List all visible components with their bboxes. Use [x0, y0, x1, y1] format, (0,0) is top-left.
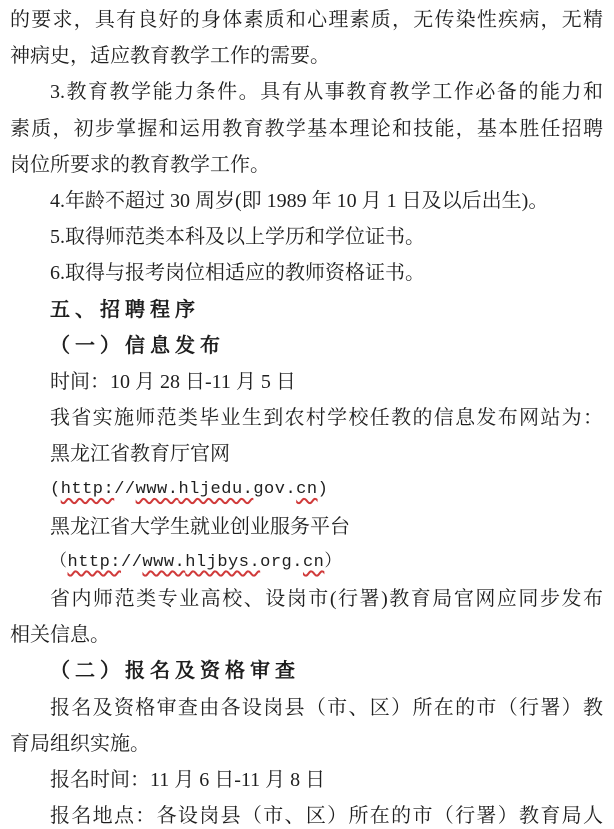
paragraph-line: 岗位所要求的教育教学工作。 [10, 147, 603, 183]
list-item-degree-requirement: 5.取得师范类本科及以上学历和学位证书。 [10, 219, 603, 255]
url-segment: www. [136, 480, 179, 499]
list-item-teacher-certificate: 6.取得与报考岗位相适应的教师资格证书。 [10, 255, 603, 291]
list-item-age-limit: 4.年龄不超过 30 周岁(即 1989 年 10 月 1 日及以后出生)。 [10, 183, 603, 219]
website-name-employment-platform: 黑龙江省大学生就业创业服务平台 [10, 509, 603, 545]
url-segment: cn [303, 553, 324, 572]
paragraph-line: 相关信息。 [10, 617, 603, 653]
list-item-teaching-ability: 3.教育教学能力条件。具有从事教育教学工作必备的能力和 [10, 74, 603, 110]
paragraph-line: 育局组织实施。 [10, 726, 603, 762]
paragraph-line: 神病史，适应教育教学工作的需要。 [10, 38, 603, 74]
url-segment: （ [50, 553, 68, 572]
paragraph-line: 的要求，具有良好的身体素质和心理素质，无传染性疾病，无精 [10, 2, 603, 38]
url-segment: ( [50, 480, 61, 499]
info-release-time: 时间：10 月 28 日-11 月 5 日 [10, 364, 603, 400]
website-name-education-department: 黑龙江省教育厅官网 [10, 436, 603, 472]
paragraph-line: 我省实施师范类毕业生到农村学校任教的信息发布网站为： [10, 400, 603, 436]
registration-time: 报名时间：11 月 6 日-11 月 8 日 [10, 762, 603, 798]
paragraph-line: 省内师范类专业高校、设岗市(行署)教育局官网应同步发布 [10, 581, 603, 617]
subsection-heading-registration-review: （二）报名及资格审查 [10, 653, 603, 689]
document-page: 的要求，具有良好的身体素质和心理素质，无传染性疾病，无精 神病史，适应教育教学工… [0, 0, 614, 829]
url-segment: // [114, 480, 135, 499]
url-segment: gov. [253, 480, 296, 499]
url-segment: ） [324, 553, 342, 572]
registration-location: 报名地点：各设岗县（市、区）所在的市（行署）教育局人 [10, 798, 603, 829]
url-segment: hljbys. [185, 553, 260, 572]
website-url-hljbys: （http://www.hljbys.org.cn） [10, 545, 603, 581]
url-segment: http: [68, 553, 122, 572]
paragraph-line: 素质，初步掌握和运用教育教学基本理论和技能，基本胜任招聘 [10, 111, 603, 147]
url-segment: ) [318, 480, 329, 499]
url-segment: cn [296, 480, 317, 499]
paragraph-line: 报名及资格审查由各设岗县（市、区）所在的市（行署）教 [10, 690, 603, 726]
subsection-heading-information-release: （一）信息发布 [10, 328, 603, 364]
url-segment: org. [260, 553, 303, 572]
url-segment: http: [61, 480, 115, 499]
website-url-hljedu: (http://www.hljedu.gov.cn) [10, 472, 603, 508]
url-segment: www. [142, 553, 185, 572]
section-heading-recruitment-procedure: 五、招聘程序 [10, 292, 603, 328]
url-segment: // [121, 553, 142, 572]
url-segment: hljedu. [178, 480, 253, 499]
